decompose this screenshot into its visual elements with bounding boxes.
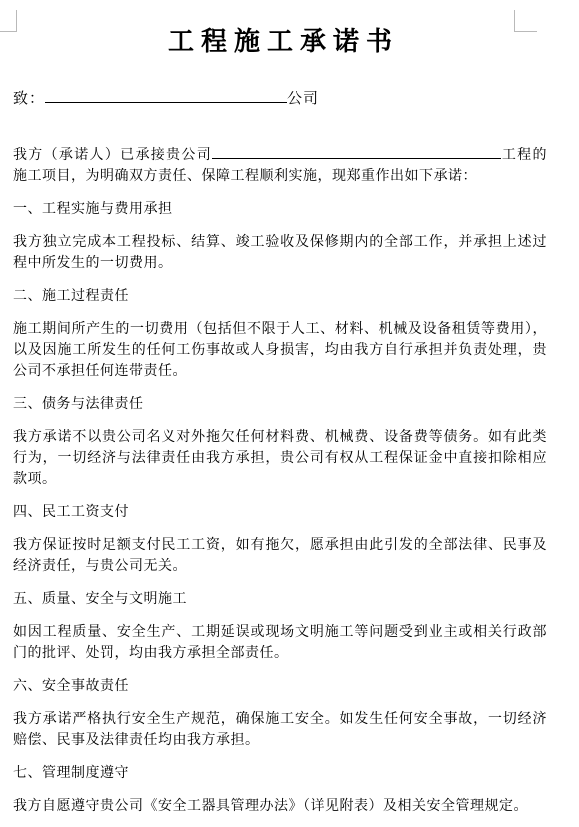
document-page: 工程施工承诺书 致：公司 我方（承诺人）已承接贵公司工程的施工项目，为明确双方责… bbox=[0, 0, 579, 827]
document-title: 工程施工承诺书 bbox=[13, 26, 547, 58]
section-body: 我方自愿遵守贵公司《安全工器具管理办法》（详见附表）及相关安全管理规定。 bbox=[13, 796, 547, 817]
section-body: 我方保证按时足额支付民工工资，如有拖欠，愿承担由此引发的全部法律、民事及经济责任… bbox=[13, 535, 547, 577]
project-name-blank[interactable] bbox=[212, 144, 501, 159]
section-heading: 六、安全事故责任 bbox=[13, 676, 547, 697]
section-body: 我方承诺严格执行安全生产规范，确保施工安全。如发生任何安全事故，一切经济赔偿、民… bbox=[13, 709, 547, 751]
section-heading: 三、债务与法律责任 bbox=[13, 394, 547, 415]
section-6: 六、安全事故责任 我方承诺严格执行安全生产规范，确保施工安全。如发生任何安全事故… bbox=[13, 676, 547, 751]
section-body: 我方独立完成本工程投标、结算、竣工验收及保修期内的全部工作，并承担上述过程中所发… bbox=[13, 232, 547, 274]
section-body: 我方承诺不以贵公司名义对外拖欠任何材料费、机械费、设备费等债务。如有此类行为，一… bbox=[13, 427, 547, 490]
salutation-suffix: 公司 bbox=[287, 89, 319, 107]
section-5: 五、质量、安全与文明施工 如因工程质量、安全生产、工期延误或现场文明施工等问题受… bbox=[13, 589, 547, 664]
section-7: 七、管理制度遵守 我方自愿遵守贵公司《安全工器具管理办法》（详见附表）及相关安全… bbox=[13, 763, 547, 817]
section-heading: 五、质量、安全与文明施工 bbox=[13, 589, 547, 610]
section-2: 二、施工过程责任 施工期间所产生的一切费用（包括但不限于人工、材料、机械及设备租… bbox=[13, 286, 547, 382]
intro-text-before-blank: 我方（承诺人）已承接贵公司 bbox=[13, 147, 212, 163]
salutation-line: 致：公司 bbox=[13, 88, 547, 108]
section-1: 一、工程实施与费用承担 我方独立完成本工程投标、结算、竣工验收及保修期内的全部工… bbox=[13, 199, 547, 274]
salutation-prefix: 致： bbox=[13, 89, 45, 107]
intro-paragraph: 我方（承诺人）已承接贵公司工程的施工项目，为明确双方责任、保障工程顺利实施，现郑… bbox=[13, 144, 547, 187]
section-body: 如因工程质量、安全生产、工期延误或现场文明施工等问题受到业主或相关行政部门的批评… bbox=[13, 622, 547, 664]
section-heading: 七、管理制度遵守 bbox=[13, 763, 547, 784]
section-heading: 四、民工工资支付 bbox=[13, 502, 547, 523]
document-content: 工程施工承诺书 致：公司 我方（承诺人）已承接贵公司工程的施工项目，为明确双方责… bbox=[13, 22, 547, 817]
recipient-company-blank[interactable] bbox=[45, 88, 287, 103]
section-4: 四、民工工资支付 我方保证按时足额支付民工工资，如有拖欠，愿承担由此引发的全部法… bbox=[13, 502, 547, 577]
section-heading: 一、工程实施与费用承担 bbox=[13, 199, 547, 220]
section-heading: 二、施工过程责任 bbox=[13, 286, 547, 307]
section-3: 三、债务与法律责任 我方承诺不以贵公司名义对外拖欠任何材料费、机械费、设备费等债… bbox=[13, 394, 547, 490]
section-body: 施工期间所产生的一切费用（包括但不限于人工、材料、机械及设备租赁等费用），以及因… bbox=[13, 319, 547, 382]
